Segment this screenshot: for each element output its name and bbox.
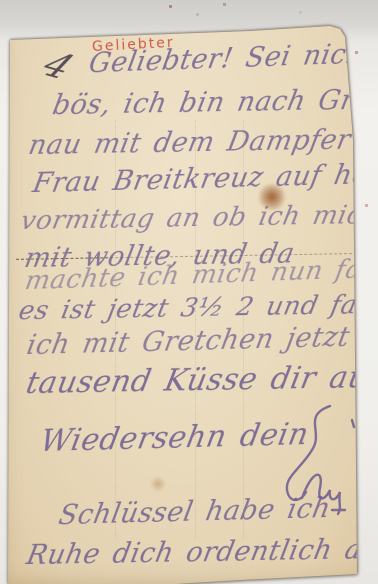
faint-stain xyxy=(150,476,166,492)
postcard-shadow: Geliebter 4 51/5 Geliebter! Sei nicht bö… xyxy=(0,0,378,584)
handwriting-line: nau mit dem Dampfer xyxy=(26,124,354,161)
handwriting-line: vormittag an ob ich mich xyxy=(18,200,378,236)
handwriting-line: es ist jetzt 3½ 2 und fahre xyxy=(16,289,378,326)
handwriting-line: ich mit Gretchen jetzt ab xyxy=(24,320,378,361)
handwriting-line: tausend Küsse dir auf xyxy=(23,360,378,401)
handwriting-line: Wiedersehn dein xyxy=(37,417,311,459)
handwriting-line: Ruhe dich ordentlich aus xyxy=(24,534,378,572)
handwriting-line: bös, ich bin nach Grü, xyxy=(50,84,378,121)
scanned-postcard-photo: Geliebter 4 51/5 Geliebter! Sei nicht bö… xyxy=(0,0,378,584)
corner-pencil-mark: 4 xyxy=(34,45,80,87)
margin-number: 51/5 xyxy=(0,265,9,289)
handwriting-line: Frau Breitkreuz auf heut xyxy=(30,158,378,199)
signature-flourish xyxy=(272,398,362,528)
postcard-paper: Geliebter 4 51/5 Geliebter! Sei nicht bö… xyxy=(0,0,378,584)
